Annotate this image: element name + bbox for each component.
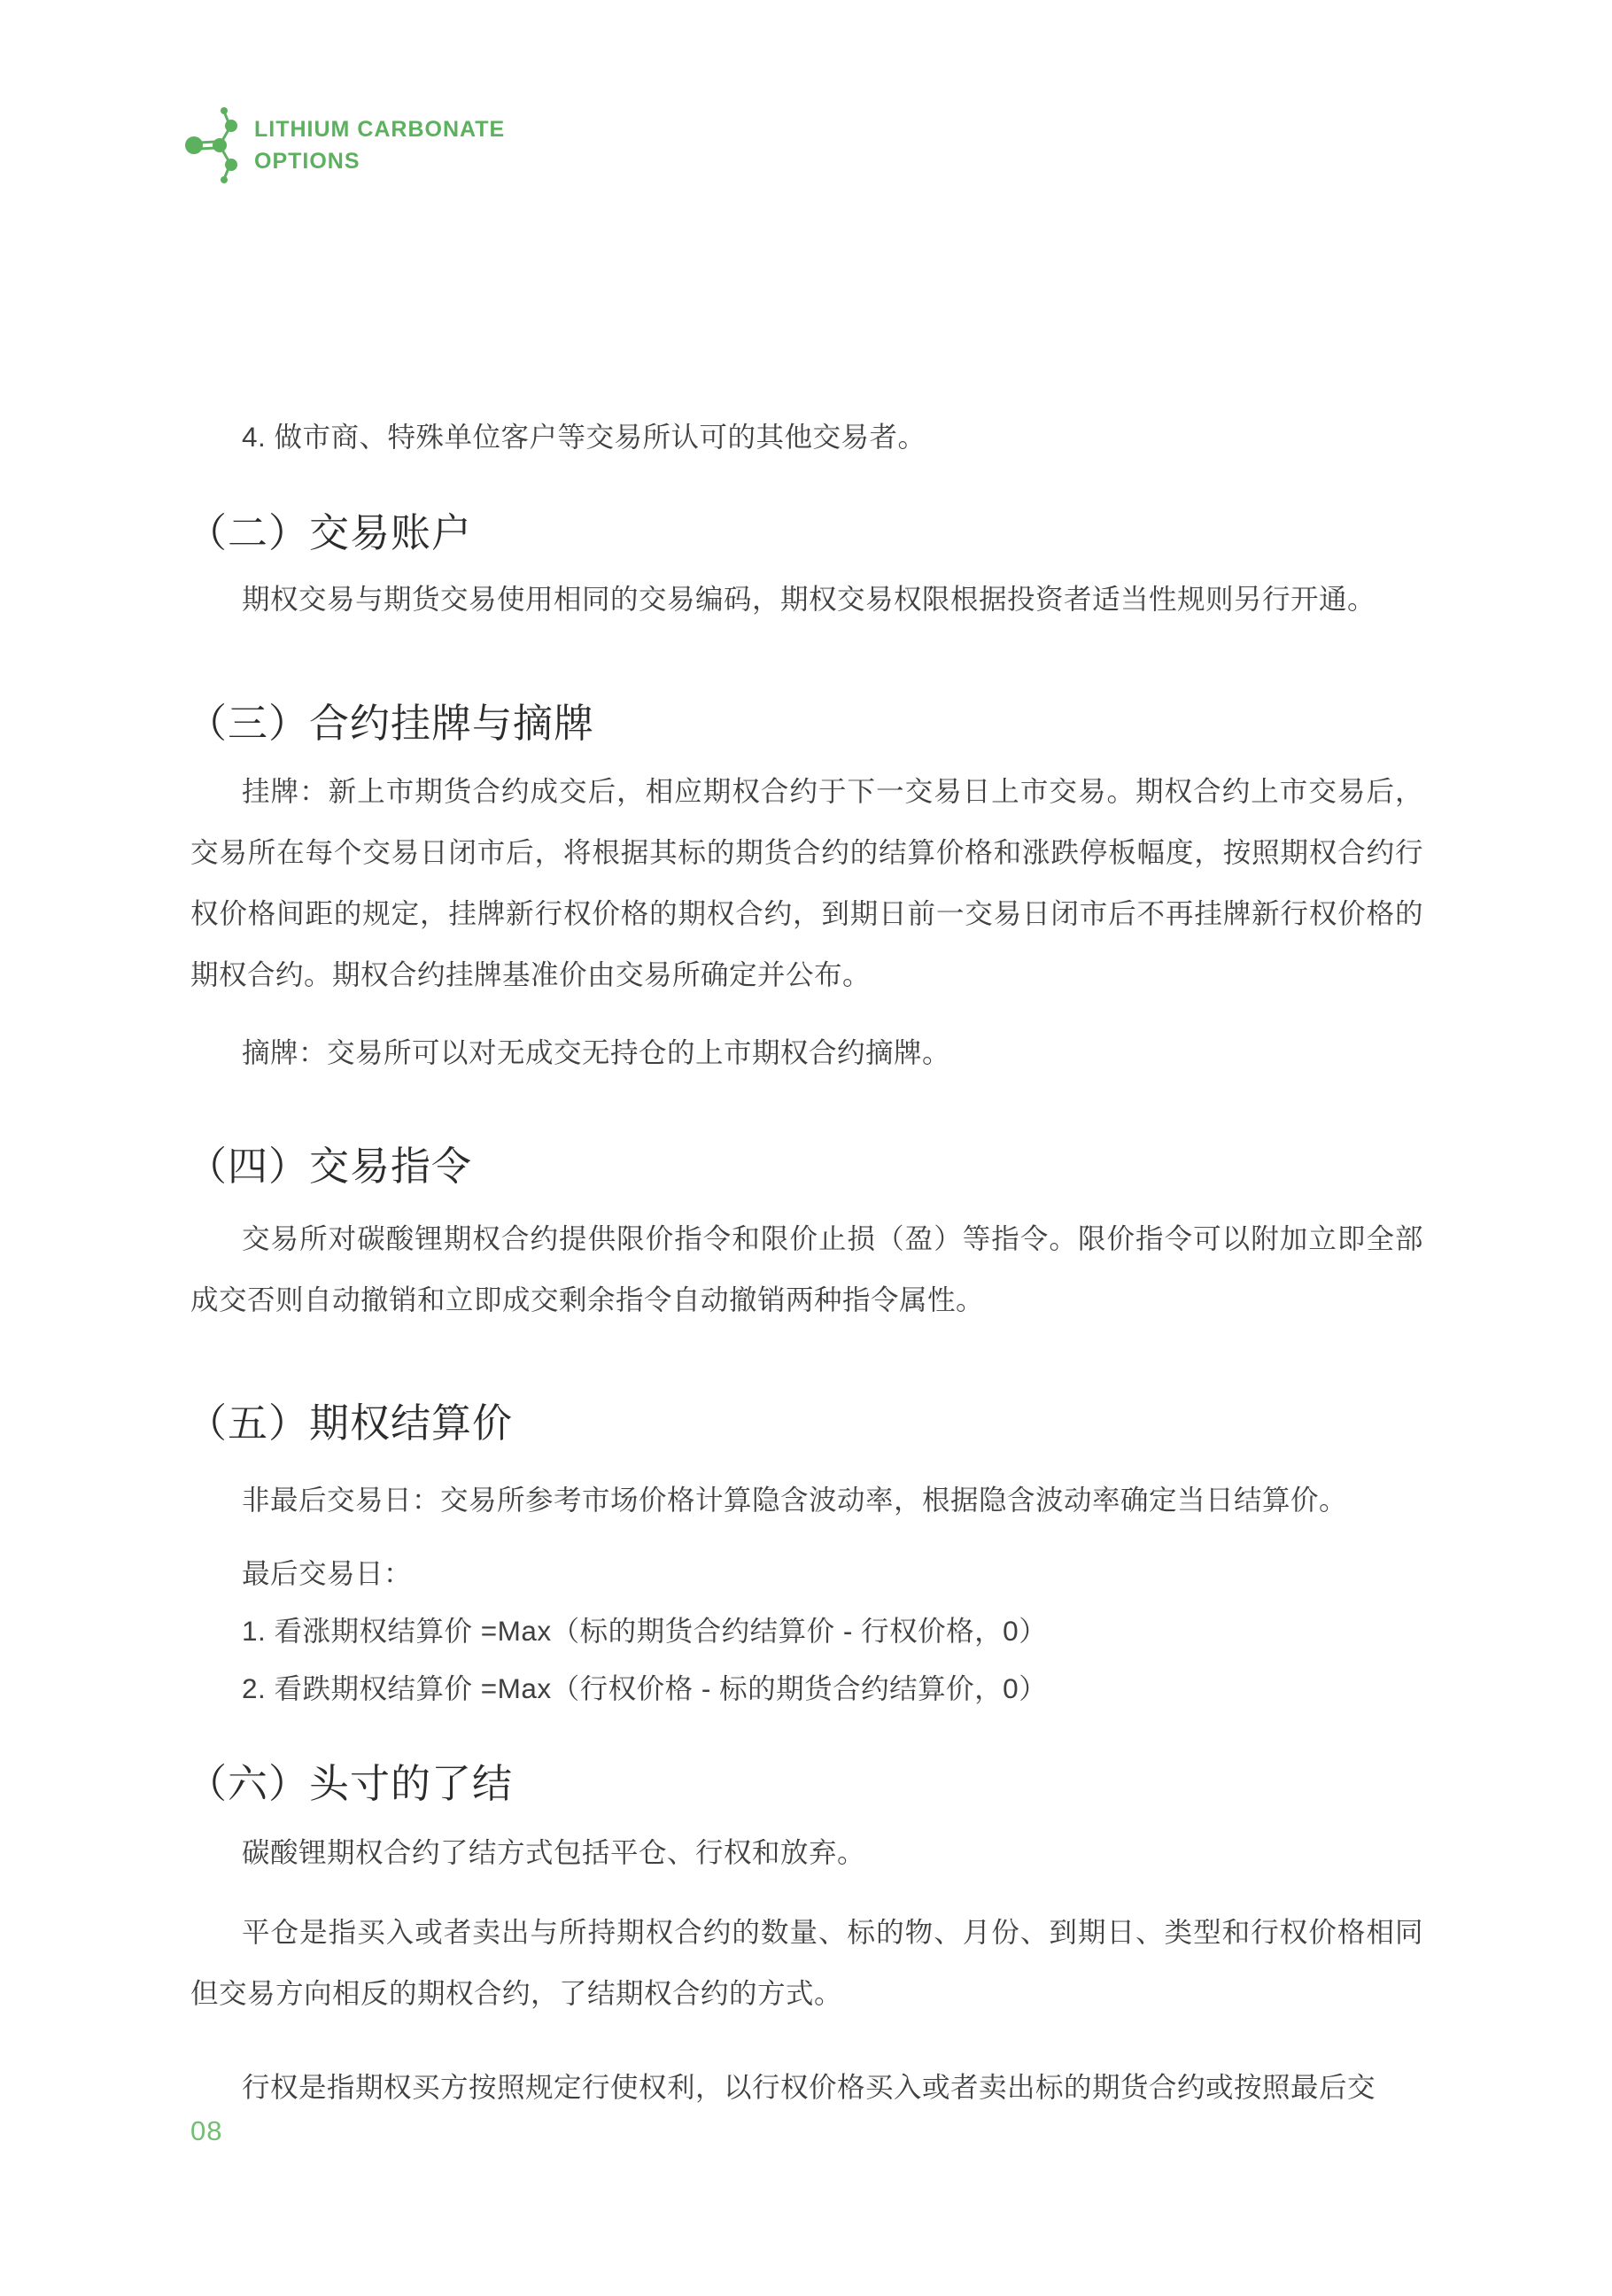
molecule-icon xyxy=(182,105,245,186)
brand-title-line1: LITHIUM CARBONATE xyxy=(254,113,505,145)
section-heading-6-position-closeout: （六）头寸的了结 xyxy=(187,1760,1420,1808)
brand-title: LITHIUM CARBONATE OPTIONS xyxy=(254,113,505,177)
section-heading-4-trading-orders: （四）交易指令 xyxy=(187,1143,1420,1191)
document-page: LITHIUM CARBONATE OPTIONS 4. 做市商、特殊单位客户等… xyxy=(0,0,1612,2296)
section-6-paragraph-exercise: 行权是指期权买方按照规定行使权利，以行权价格买入或者卖出标的期货合约或按照最后交 xyxy=(190,2057,1423,2118)
section-heading-3-listing-delisting: （三）合约挂牌与摘牌 xyxy=(187,700,1420,748)
section-5-formula-call: 1. 看涨期权结算价 =Max（标的期货合约结算价 - 行权价格，0） xyxy=(190,1601,1423,1662)
page-number: 08 xyxy=(190,2115,222,2147)
section-2-paragraph: 期权交易与期货交易使用相同的交易编码，期权交易权限根据投资者适当性规则另行开通。 xyxy=(190,569,1423,630)
list-item-4: 4. 做市商、特殊单位客户等交易所认可的其他交易者。 xyxy=(190,407,1423,468)
section-3-paragraph-listing: 挂牌：新上市期货合约成交后，相应期权合约于下一交易日上市交易。期权合约上市交易后… xyxy=(190,761,1423,1005)
section-6-paragraph-closeout: 平仓是指买入或者卖出与所持期权合约的数量、标的物、月份、到期日、类型和行权价格相… xyxy=(190,1902,1423,2024)
section-heading-2-trading-account: （二）交易账户 xyxy=(187,509,1420,557)
section-4-paragraph: 交易所对碳酸锂期权合约提供限价指令和限价止损（盈）等指令。限价指令可以附加立即全… xyxy=(190,1208,1423,1330)
section-3-paragraph-delisting: 摘牌：交易所可以对无成交无持仓的上市期权合约摘牌。 xyxy=(190,1022,1423,1083)
section-6-paragraph-methods: 碳酸锂期权合约了结方式包括平仓、行权和放弃。 xyxy=(190,1822,1423,1883)
brand-title-line2: OPTIONS xyxy=(254,145,505,177)
section-5-paragraph-non-last-day: 非最后交易日：交易所参考市场价格计算隐含波动率，根据隐含波动率确定当日结算价。 xyxy=(190,1470,1423,1531)
section-5-formula-put: 2. 看跌期权结算价 =Max（行权价格 - 标的期货合约结算价，0） xyxy=(190,1658,1423,1719)
section-heading-5-option-settlement-price: （五）期权结算价 xyxy=(187,1400,1420,1447)
section-5-paragraph-last-day: 最后交易日： xyxy=(190,1543,1423,1604)
brand-logo: LITHIUM CARBONATE OPTIONS xyxy=(182,105,505,186)
